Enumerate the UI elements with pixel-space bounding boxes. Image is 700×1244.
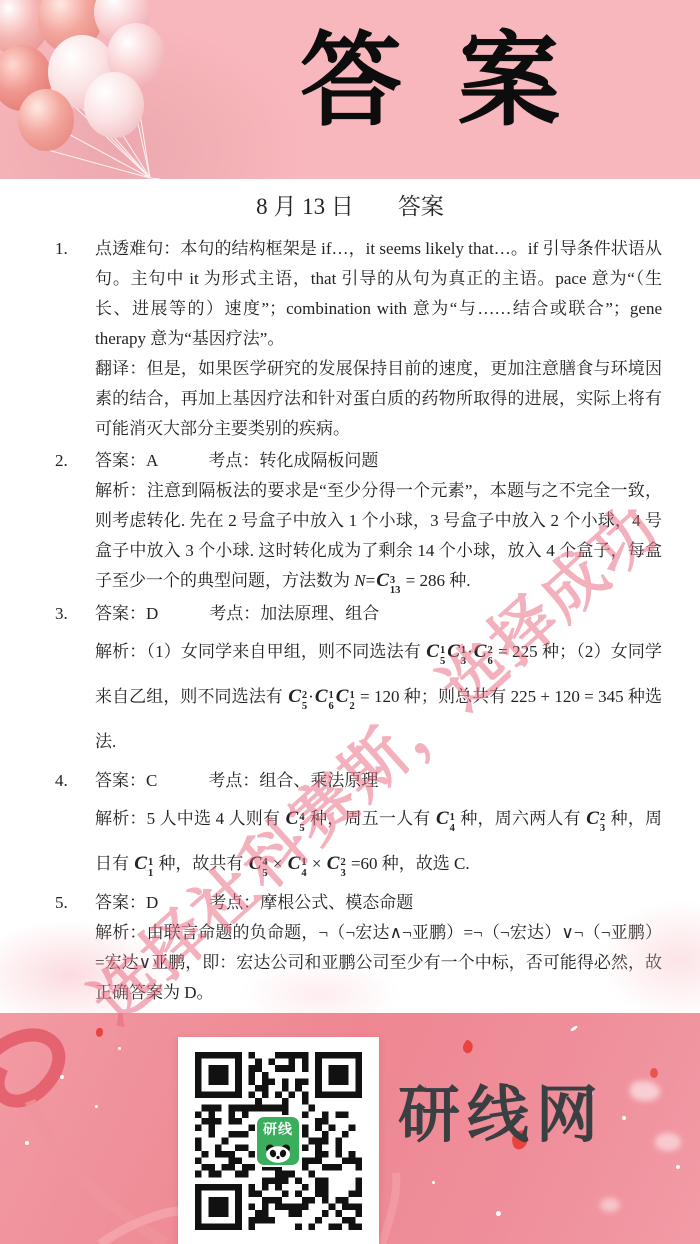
answer-item: 2.答案：A 考点：转化成隔板问题解析：注意到隔板法的要求是“至少分得一个元素”…	[55, 446, 662, 597]
answer-item: 1.点透难句：本句的结构框架是 if…，it seems likely that…	[55, 234, 662, 444]
paragraph: 解析：（1）女同学来自甲组，则不同选法有 C15C13·C26 = 225 种；…	[95, 629, 662, 764]
footer: 研线 研线网	[0, 1013, 700, 1244]
brand-text: 研线网	[398, 1065, 605, 1154]
answer-item: 4.答案：C 考点：组合、乘法原理解析：5 人中选 4 人则有 C45 种，周五…	[55, 766, 662, 886]
item-number: 3.	[55, 599, 95, 764]
paragraph: 答案：D 考点：摩根公式、模态命题	[95, 888, 662, 918]
paragraph: 解析：注意到隔板法的要求是“至少分得一个元素”，本题与之不完全一致，则考虑转化.…	[95, 476, 662, 597]
item-number: 1.	[55, 234, 95, 444]
qr-logo: 研线	[255, 1115, 301, 1167]
paragraph: 翻译：但是，如果医学研究的发展保持目前的速度，更加注意膳食与环境因素的结合，再加…	[95, 354, 662, 444]
paragraph: 点透难句：本句的结构框架是 if…，it seems likely that…。…	[95, 234, 662, 354]
paragraph: 答案：A 考点：转化成隔板问题	[95, 446, 662, 476]
paragraph: 答案：D 考点：加法原理、组合	[95, 599, 662, 629]
item-number: 4.	[55, 766, 95, 886]
qr-card: 研线	[178, 1037, 379, 1244]
date-label: 答案	[398, 194, 444, 219]
date-line: 8 月 13 日答案	[0, 188, 700, 221]
paragraph: 解析：5 人中选 4 人则有 C45 种，周五一人有 C14 种，周六两人有 C…	[95, 796, 662, 886]
qr-logo-text: 研线	[257, 1122, 299, 1136]
answer-item: 3.答案：D 考点：加法原理、组合解析：（1）女同学来自甲组，则不同选法有 C1…	[55, 599, 662, 764]
header: 答案	[0, 0, 700, 179]
paragraph: 答案：C 考点：组合、乘法原理	[95, 766, 662, 796]
answer-sheet-page: 答案 8 月 13 日答案 1.点透难句：本句的结构框架是 if…，it see…	[0, 0, 700, 1244]
panda-icon	[263, 1144, 293, 1163]
item-number: 2.	[55, 446, 95, 597]
page-title: 答案	[300, 22, 616, 144]
answer-list: 1.点透难句：本句的结构框架是 if…，it seems likely that…	[0, 234, 700, 1010]
balloons-image	[0, 0, 230, 179]
item-number: 5.	[55, 888, 95, 1008]
paragraph: 解析：由联言命题的负命题，¬（¬宏达∧¬亚鹏）=¬（¬宏达）∨¬（¬亚鹏）=宏达…	[95, 918, 662, 1008]
date-text: 8 月 13 日	[256, 194, 354, 219]
answer-item: 5.答案：D 考点：摩根公式、模态命题解析：由联言命题的负命题，¬（¬宏达∧¬亚…	[55, 888, 662, 1008]
